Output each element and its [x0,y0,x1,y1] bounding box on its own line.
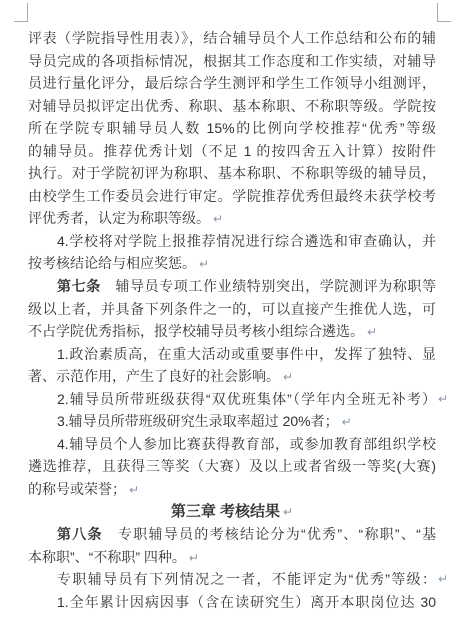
line-text: 不占学院优秀指标，报学校辅导员考核小组综合遴选。 [28,323,364,339]
paragraph-mark-icon: ↵ [189,551,199,565]
paragraph-mark-icon: ↵ [342,415,352,429]
text-line: 1.全年累计因病因事（含在读研究生）离开本职岗位达 30 [28,591,436,614]
paragraph-mark-icon: ↵ [283,505,293,519]
paragraph-mark-icon: ↵ [438,388,448,411]
line-text: 1.政治素质高，在重大活动或重要事件中，发挥了独特、显 [57,346,436,362]
text-line: 员进行量化评分，最后综合学生测评和学生工作领导小组测评， [28,72,436,95]
line-text: 专职辅导员有下列情况之一者，不能评定为“优秀”等级： [57,571,436,587]
line-text: 的称号或荣誉； [28,481,126,497]
line-text: 所在学院专职辅导员人数 15%的比例向学校推荐“优秀”等级 [28,120,436,136]
text-line: 的称号或荣誉；↵ [28,478,436,501]
text-line: 专职辅导员有下列情况之一者，不能评定为“优秀”等级：↵ [28,568,436,591]
line-text: 评优秀者，认定为称职等级。 [28,210,210,226]
line-text: 导员完成的各项指标情况，根据其工作态度和工作实绩，对辅导 [28,53,436,69]
line-text: 辅导员专项工作业绩特别突出，学院测评为称职等 [101,278,436,294]
line-text: 员进行量化评分，最后综合学生测评和学生工作领导小组测评， [28,75,436,91]
line-text: 执行。对于学院初评为称职、基本称职、不称职等级的辅导员， [28,165,436,181]
paragraph-mark-icon: ↵ [199,257,209,271]
margin-crop-mark-top-right [437,3,451,22]
line-text: 评表（学院指导性用表）》，结合辅导员个人工作总结和公布的辅 [28,30,436,46]
paragraph-mark-icon: ↵ [129,483,139,497]
line-text: 专职辅导员的考核结论分为“优秀”、“称职”、“基 [103,526,436,542]
text-line: 评优秀者，认定为称职等级。↵ [28,207,436,230]
text-line: 4.辅导员个人参加比赛获得教育部，或参加教育部组织学校 [28,433,436,456]
text-line: 遴选推荐，且获得三等奖（大赛）及以上或者省级一等奖(大赛) [28,455,436,478]
line-text: 本称职”、“不称职” 四种。 [28,549,186,565]
line-text: 3.辅导员所带班级研究生录取率超过 20%者； [57,413,339,429]
chapter-heading: 第三章 考核结果 [171,503,280,520]
text-line: 4.学校将对学院上报推荐情况进行综合遴选和审查确认，并 [28,230,436,253]
paragraph-mark-icon: ↵ [283,370,293,384]
paragraph-mark-icon: ↵ [213,212,223,226]
text-line: 第八条 专职辅导员的考核结论分为“优秀”、“称职”、“基 [28,523,436,546]
text-line: 对辅导员拟评定出优秀、称职、基本称职、不称职等级。学院按 [28,95,436,118]
margin-crop-mark-top-left [14,3,28,22]
text-line: 1.政治素质高，在重大活动或重要事件中，发挥了独特、显 [28,343,436,366]
article-number: 第八条 [57,526,103,542]
text-line: 所在学院专职辅导员人数 15%的比例向学校推荐“优秀”等级 [28,117,436,140]
text-line: 由校学生工作委员会进行审定。学院推荐优秀但最终未获学校考 [28,185,436,208]
text-line: 不占学院优秀指标，报学校辅导员考核小组综合遴选。↵ [28,320,436,343]
line-text: 著、示范作用，产生了良好的社会影响。 [28,368,280,384]
line-text: 4.学校将对学院上报推荐情况进行综合遴选和审查确认，并 [57,233,436,249]
paragraph-mark-icon: ↵ [438,568,448,591]
line-text: 对辅导员拟评定出优秀、称职、基本称职、不称职等级。学院按 [28,98,436,114]
document-page: 评表（学院指导性用表）》，结合辅导员个人工作总结和公布的辅导员完成的各项指标情况… [0,0,463,619]
line-text: 2.辅导员所带班级获得“双优班集体”（学年内全班无补考） [57,391,436,407]
text-line: 级以上者，并具备下列条件之一的，可以直接产生推优人选，可 [28,298,436,321]
text-line: 导员完成的各项指标情况，根据其工作态度和工作实绩，对辅导 [28,50,436,73]
line-text: 级以上者，并具备下列条件之一的，可以直接产生推优人选，可 [28,301,436,317]
line-text: 遴选推荐，且获得三等奖（大赛）及以上或者省级一等奖(大赛) [28,458,436,474]
line-text: 1.全年累计因病因事（含在读研究生）离开本职岗位达 30 [57,594,436,610]
text-line: 本称职”、“不称职” 四种。↵ [28,546,436,569]
line-text: 4.辅导员个人参加比赛获得教育部，或参加教育部组织学校 [57,436,436,452]
line-text: 由校学生工作委员会进行审定。学院推荐优秀但最终未获学校考 [28,188,436,204]
line-text: 的辅导员。推荐优秀计划（不足 1 的按四舍五入计算）按附件 [28,143,436,159]
text-line: 第三章 考核结果↵ [28,500,436,523]
text-line: 评表（学院指导性用表）》，结合辅导员个人工作总结和公布的辅 [28,27,436,50]
line-text: 按考核结论给与相应奖惩。 [28,255,196,271]
text-line: 的辅导员。推荐优秀计划（不足 1 的按四舍五入计算）按附件 [28,140,436,163]
text-line: 执行。对于学院初评为称职、基本称职、不称职等级的辅导员， [28,162,436,185]
paragraph-mark-icon: ↵ [367,325,377,339]
text-line: 按考核结论给与相应奖惩。↵ [28,252,436,275]
text-line: 著、示范作用，产生了良好的社会影响。↵ [28,365,436,388]
article-number: 第七条 [57,278,101,294]
text-line: 2.辅导员所带班级获得“双优班集体”（学年内全班无补考）↵ [28,388,436,411]
document-body: 评表（学院指导性用表）》，结合辅导员个人工作总结和公布的辅导员完成的各项指标情况… [28,27,436,613]
text-line: 第七条 辅导员专项工作业绩特别突出，学院测评为称职等 [28,275,436,298]
text-line: 3.辅导员所带班级研究生录取率超过 20%者；↵ [28,410,436,433]
